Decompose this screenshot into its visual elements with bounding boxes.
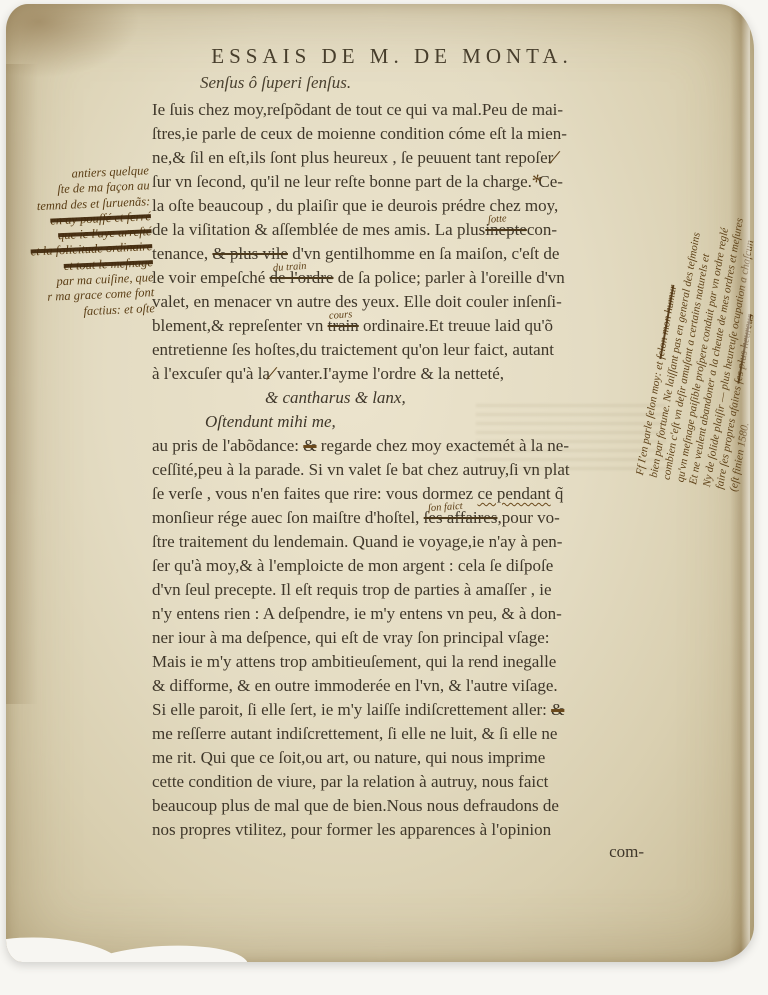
struck-word: & — [551, 700, 564, 719]
print-line: ſe verſe , vous n'en faites que rire: vo… — [152, 482, 563, 506]
verse-line: & cantharus & lanx, — [265, 386, 406, 410]
print-line: ſtres,ie parle de ceux de moienne condit… — [152, 122, 567, 146]
print-text: beaucoup plus de mal que de bien.Nous no… — [152, 796, 559, 815]
print-text: & difforme, & en outre immoderée en l'vn… — [152, 676, 558, 695]
print-text: & cantharus & lanx, — [265, 388, 406, 407]
print-text: de ſa police; parler à l'oreille d'vn — [333, 268, 564, 287]
print-line: ſur vn ſecond, qu'il ne leur reſte bonne… — [152, 170, 563, 194]
latin-motto: Senſus ô ſuperi ſenſus. — [200, 73, 351, 93]
print-text: regarde chez moy exactemét à la ne- — [317, 436, 570, 455]
running-header: ESSAIS DE M. DE MONTA. — [146, 44, 638, 69]
print-line: nos propres vtilitez, pour former les ap… — [152, 818, 551, 842]
print-text: ce pendant — [477, 484, 550, 503]
print-text: ordinaire.Et treuue laid qu'õ — [359, 316, 553, 335]
print-text: Mais ie m'y attens trop ambitieuſement, … — [152, 652, 556, 671]
print-line: blement,& repreſenter vn courstrain ordi… — [152, 314, 553, 338]
print-text: valet, en menacer vn autre des yeux. Ell… — [152, 292, 562, 311]
hand-correction: cours — [329, 303, 354, 329]
print-line: d'vn ſeul precepte. Il eſt requis trop d… — [152, 578, 552, 602]
print-text: ,pour vo- — [497, 508, 559, 527]
print-line: cette condition de viure, par la relatio… — [152, 770, 548, 794]
scanned-book-photo: { "document": { "header": "ESSAIS DE M. … — [0, 0, 768, 995]
print-text: de la viſitation & aſſemblée de mes amis… — [152, 220, 485, 239]
print-line: de la viſitation & aſſemblée de mes amis… — [152, 218, 557, 242]
print-text: Oſtendunt mihi me, — [205, 412, 336, 431]
print-text: Si elle paroit, ſi elle ſert, ie m'y lai… — [152, 700, 551, 719]
print-line: ceſſité,peu à la parade. Si vn valet ſe … — [152, 458, 570, 482]
print-text: à l'excuſer qu'à la — [152, 364, 270, 383]
print-text: cette condition de viure, par la relatio… — [152, 772, 548, 791]
print-text: Ie ſuis chez moy,reſpõdant de tout ce qu… — [152, 100, 563, 119]
print-line: au pris de l'abõdance: & regarde chez mo… — [152, 434, 569, 458]
print-line: tenance, & plus vile d'vn gentilhomme en… — [152, 242, 559, 266]
hand-correction: ſon faict — [427, 495, 463, 521]
print-text: me reſſerre autant indiſcrettement, ſi e… — [152, 724, 557, 743]
print-text: au pris de l'abõdance: — [152, 436, 303, 455]
book-page: ESSAIS DE M. DE MONTA. Senſus ô ſuperi ſ… — [6, 4, 754, 962]
print-line: Si elle paroit, ſi elle ſert, ie m'y lai… — [152, 698, 564, 722]
print-text-block: com- Ie ſuis chez moy,reſpõdant de tout … — [152, 98, 668, 898]
print-text: ſur vn ſecond, qu'il ne leur reſte bonne… — [152, 172, 532, 191]
print-line: Ie ſuis chez moy,reſpõdant de tout ce qu… — [152, 98, 563, 122]
hand-correction: ſotte — [487, 207, 507, 232]
print-text: ne,& ſil en eſt,ils ſont plus heureux , … — [152, 148, 553, 167]
print-text: n'y entens rien : A deſpendre, ie m'y en… — [152, 604, 562, 623]
deckle-edge — [77, 942, 249, 962]
print-line: beaucoup plus de mal que de bien.Nous no… — [152, 794, 559, 818]
print-line: à l'excuſer qu'à la/ vanter.I'ayme l'ord… — [152, 362, 504, 386]
catchword: com- — [609, 842, 644, 862]
print-text: le voir empeſché — [152, 268, 270, 287]
print-line: le voir empeſché du trainde l'ordre de ſ… — [152, 266, 565, 290]
print-text: ner iour à ma deſpence, qui eſt de vray … — [152, 628, 549, 647]
print-text: nos propres vtilitez, pour former les ap… — [152, 820, 551, 839]
print-line: & difforme, & en outre immoderée en l'vn… — [152, 674, 558, 698]
print-text: ſtres,ie parle de ceux de moienne condit… — [152, 124, 567, 143]
print-line: Mais ie m'y attens trop ambitieuſement, … — [152, 650, 556, 674]
print-text: monſieur rége auec ſon maiſtre d'hoſtel, — [152, 508, 424, 527]
print-line: monſieur rége auec ſon maiſtre d'hoſtel,… — [152, 506, 560, 530]
print-line: ne,& ſil en eſt,ils ſont plus heureux , … — [152, 146, 556, 170]
print-text: ſtre traitement du lendemain. Quand ie v… — [152, 532, 562, 551]
print-text: d'vn gentilhomme en ſa maiſon, c'eſt de — [288, 244, 559, 263]
stain — [6, 4, 140, 78]
deckle-edge — [6, 933, 123, 962]
print-text: con- — [527, 220, 557, 239]
print-text: q̃ — [551, 484, 564, 503]
verse-line: Oſtendunt mihi me, — [205, 410, 336, 434]
print-line: ſer qu'à moy,& à l'emploicte de mon arge… — [152, 554, 553, 578]
left-margin-annotation: antiers quelqueſte de ma façon autemnd d… — [6, 163, 155, 324]
print-line: entretienne ſes hoſtes,du traictement qu… — [152, 338, 554, 362]
stain — [6, 64, 38, 704]
print-text: d'vn ſeul precepte. Il eſt requis trop d… — [152, 580, 552, 599]
print-text: vanter.I'ayme l'ordre & la netteté, — [273, 364, 504, 383]
print-line: ner iour à ma deſpence, qui eſt de vray … — [152, 626, 549, 650]
print-text: ceſſité,peu à la parade. Si vn valet ſe … — [152, 460, 570, 479]
print-line: ſtre traitement du lendemain. Quand ie v… — [152, 530, 562, 554]
print-text: tenance, — [152, 244, 212, 263]
print-text: entretienne ſes hoſtes,du traictement qu… — [152, 340, 554, 359]
print-line: me reſſerre autant indiſcrettement, ſi e… — [152, 722, 557, 746]
print-text: ſer qu'à moy,& à l'emploicte de mon arge… — [152, 556, 553, 575]
print-line: me rit. Qui que ce ſoit,ou art, ou natur… — [152, 746, 545, 770]
print-text: blement,& repreſenter vn — [152, 316, 328, 335]
print-line: valet, en menacer vn autre des yeux. Ell… — [152, 290, 562, 314]
struck-word: & — [303, 436, 316, 455]
print-text: me rit. Qui que ce ſoit,ou art, ou natur… — [152, 748, 545, 767]
hand-correction: du train — [273, 255, 308, 281]
print-line: n'y entens rien : A deſpendre, ie m'y en… — [152, 602, 562, 626]
